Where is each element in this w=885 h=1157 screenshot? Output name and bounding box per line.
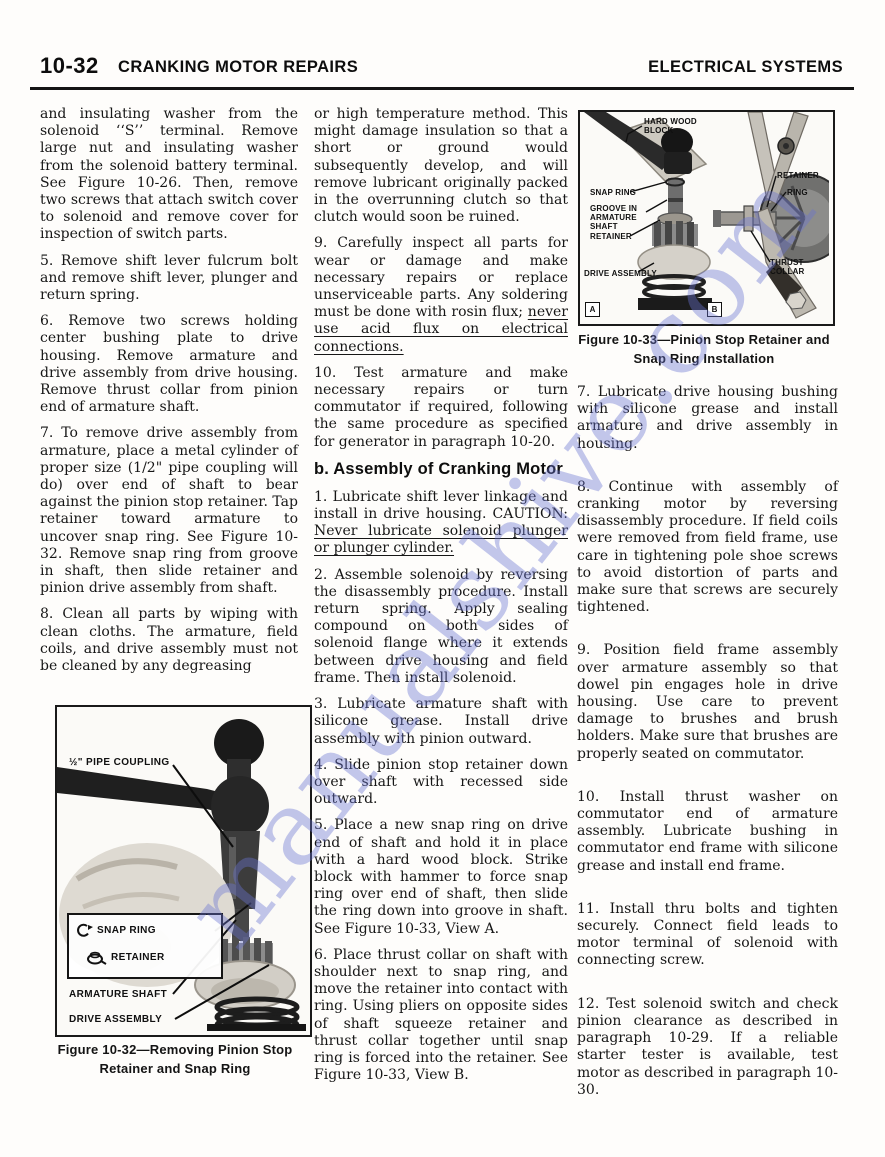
snap-ring-icon xyxy=(75,923,93,938)
figure-label-retainer-right: RETAINER xyxy=(777,171,819,180)
figure-label-drive-assembly: DRIVE ASSEMBLY xyxy=(69,1014,162,1025)
header-rule xyxy=(30,87,854,90)
paragraph: 11. Install thru bolts and tighten secur… xyxy=(577,901,838,970)
paragraph: or high temperature method. This might d… xyxy=(314,106,568,226)
figure-label-drive-assembly: DRIVE ASSEMBLY xyxy=(584,269,657,278)
caption-line: Snap Ring Installation xyxy=(572,349,836,368)
figure-10-32-caption: Figure 10-32—Removing Pinion Stop Retain… xyxy=(36,1040,314,1078)
figure-label-thrust-collar: THRUST COLLAR xyxy=(770,258,816,276)
paragraph: 5. Remove shift lever fulcrum bolt and r… xyxy=(40,253,298,305)
figure-label-ring: RING xyxy=(787,188,808,197)
paragraph: 3. Lubricate armature shaft with silicon… xyxy=(314,696,568,748)
legend-row-snap-ring: SNAP RING xyxy=(75,923,156,938)
paragraph: and insulating washer from the solenoid … xyxy=(40,106,298,244)
subsection-heading: b. Assembly of Cranking Motor xyxy=(314,460,568,479)
underlined-caution: Never lubricate solenoid plunger or plun… xyxy=(314,523,568,556)
paragraph: 7. To remove drive assembly from armatur… xyxy=(40,425,298,597)
paragraph: 6. Remove two screws holding center bush… xyxy=(40,313,298,416)
paragraph: 2. Assemble solenoid by reversing the di… xyxy=(314,567,568,687)
figure-legend-box: SNAP RING RETAINER xyxy=(67,913,223,979)
paragraph: 1. Lubricate shift lever linkage and ins… xyxy=(314,489,568,558)
paragraph: 9. Position field frame assembly over ar… xyxy=(577,642,838,762)
paragraph: 4. Slide pinion stop retainer down over … xyxy=(314,757,568,809)
paragraph: 8. Clean all parts by wiping with clean … xyxy=(40,606,298,675)
legend-retainer-label: RETAINER xyxy=(111,952,165,963)
text-column-1: and insulating washer from the solenoid … xyxy=(40,106,298,684)
legend-row-retainer: RETAINER xyxy=(87,949,165,965)
paragraph: 10. Test armature and make necessary rep… xyxy=(314,365,568,451)
paragraph: 9. Carefully inspect all parts for wear … xyxy=(314,235,568,355)
figure-label-hard-wood-block: HARD WOOD BLOCK xyxy=(644,117,700,135)
text-column-2: or high temperature method. This might d… xyxy=(314,106,568,1093)
figure-10-32-photo-illustration xyxy=(57,707,306,1031)
paragraph-text: 1. Lubricate shift lever linkage and ins… xyxy=(314,489,568,522)
text-column-3: 7. Lubricate drive housing bushing with … xyxy=(577,384,838,1125)
paragraph: 10. Install thrust washer on commutator … xyxy=(577,789,838,875)
chapter-title: ELECTRICAL SYSTEMS xyxy=(648,58,843,77)
caption-line: Figure 10-32—Removing Pinion Stop xyxy=(36,1040,314,1059)
manual-page: 10-32 CRANKING MOTOR REPAIRS ELECTRICAL … xyxy=(0,0,885,1157)
view-b-tag: B xyxy=(707,302,722,317)
figure-label-armature-shaft: ARMATURE SHAFT xyxy=(69,989,167,1000)
retainer-icon xyxy=(87,949,107,965)
figure-10-33: HARD WOOD BLOCK SNAP RING GROOVE IN ARMA… xyxy=(578,110,835,326)
paragraph: 8. Continue with assembly of cranking mo… xyxy=(577,479,838,617)
page-number: 10-32 xyxy=(40,53,99,79)
paragraph: 12. Test solenoid switch and check pinio… xyxy=(577,996,838,1099)
figure-label-retainer-left: RETAINER xyxy=(590,232,632,241)
figure-label-pipe-coupling: ½" PIPE COUPLING xyxy=(69,757,170,768)
section-title: CRANKING MOTOR REPAIRS xyxy=(118,58,358,77)
legend-snap-ring-label: SNAP RING xyxy=(97,925,156,936)
figure-10-32: ½" PIPE COUPLING SNAP RING RETAINER ARMA… xyxy=(55,705,312,1037)
paragraph: 7. Lubricate drive housing bushing with … xyxy=(577,384,838,453)
paragraph: 5. Place a new snap ring on drive end of… xyxy=(314,817,568,937)
caption-line: Figure 10-33—Pinion Stop Retainer and xyxy=(572,330,836,349)
view-a-tag: A xyxy=(585,302,600,317)
figure-10-33-caption: Figure 10-33—Pinion Stop Retainer and Sn… xyxy=(572,330,836,368)
paragraph: 6. Place thrust collar on shaft with sho… xyxy=(314,947,568,1085)
figure-label-groove-in-armature-shaft: GROOVE IN ARMATURE SHAFT xyxy=(590,204,662,231)
caption-line: Retainer and Snap Ring xyxy=(36,1059,314,1078)
figure-label-snap-ring: SNAP RING xyxy=(590,188,636,197)
